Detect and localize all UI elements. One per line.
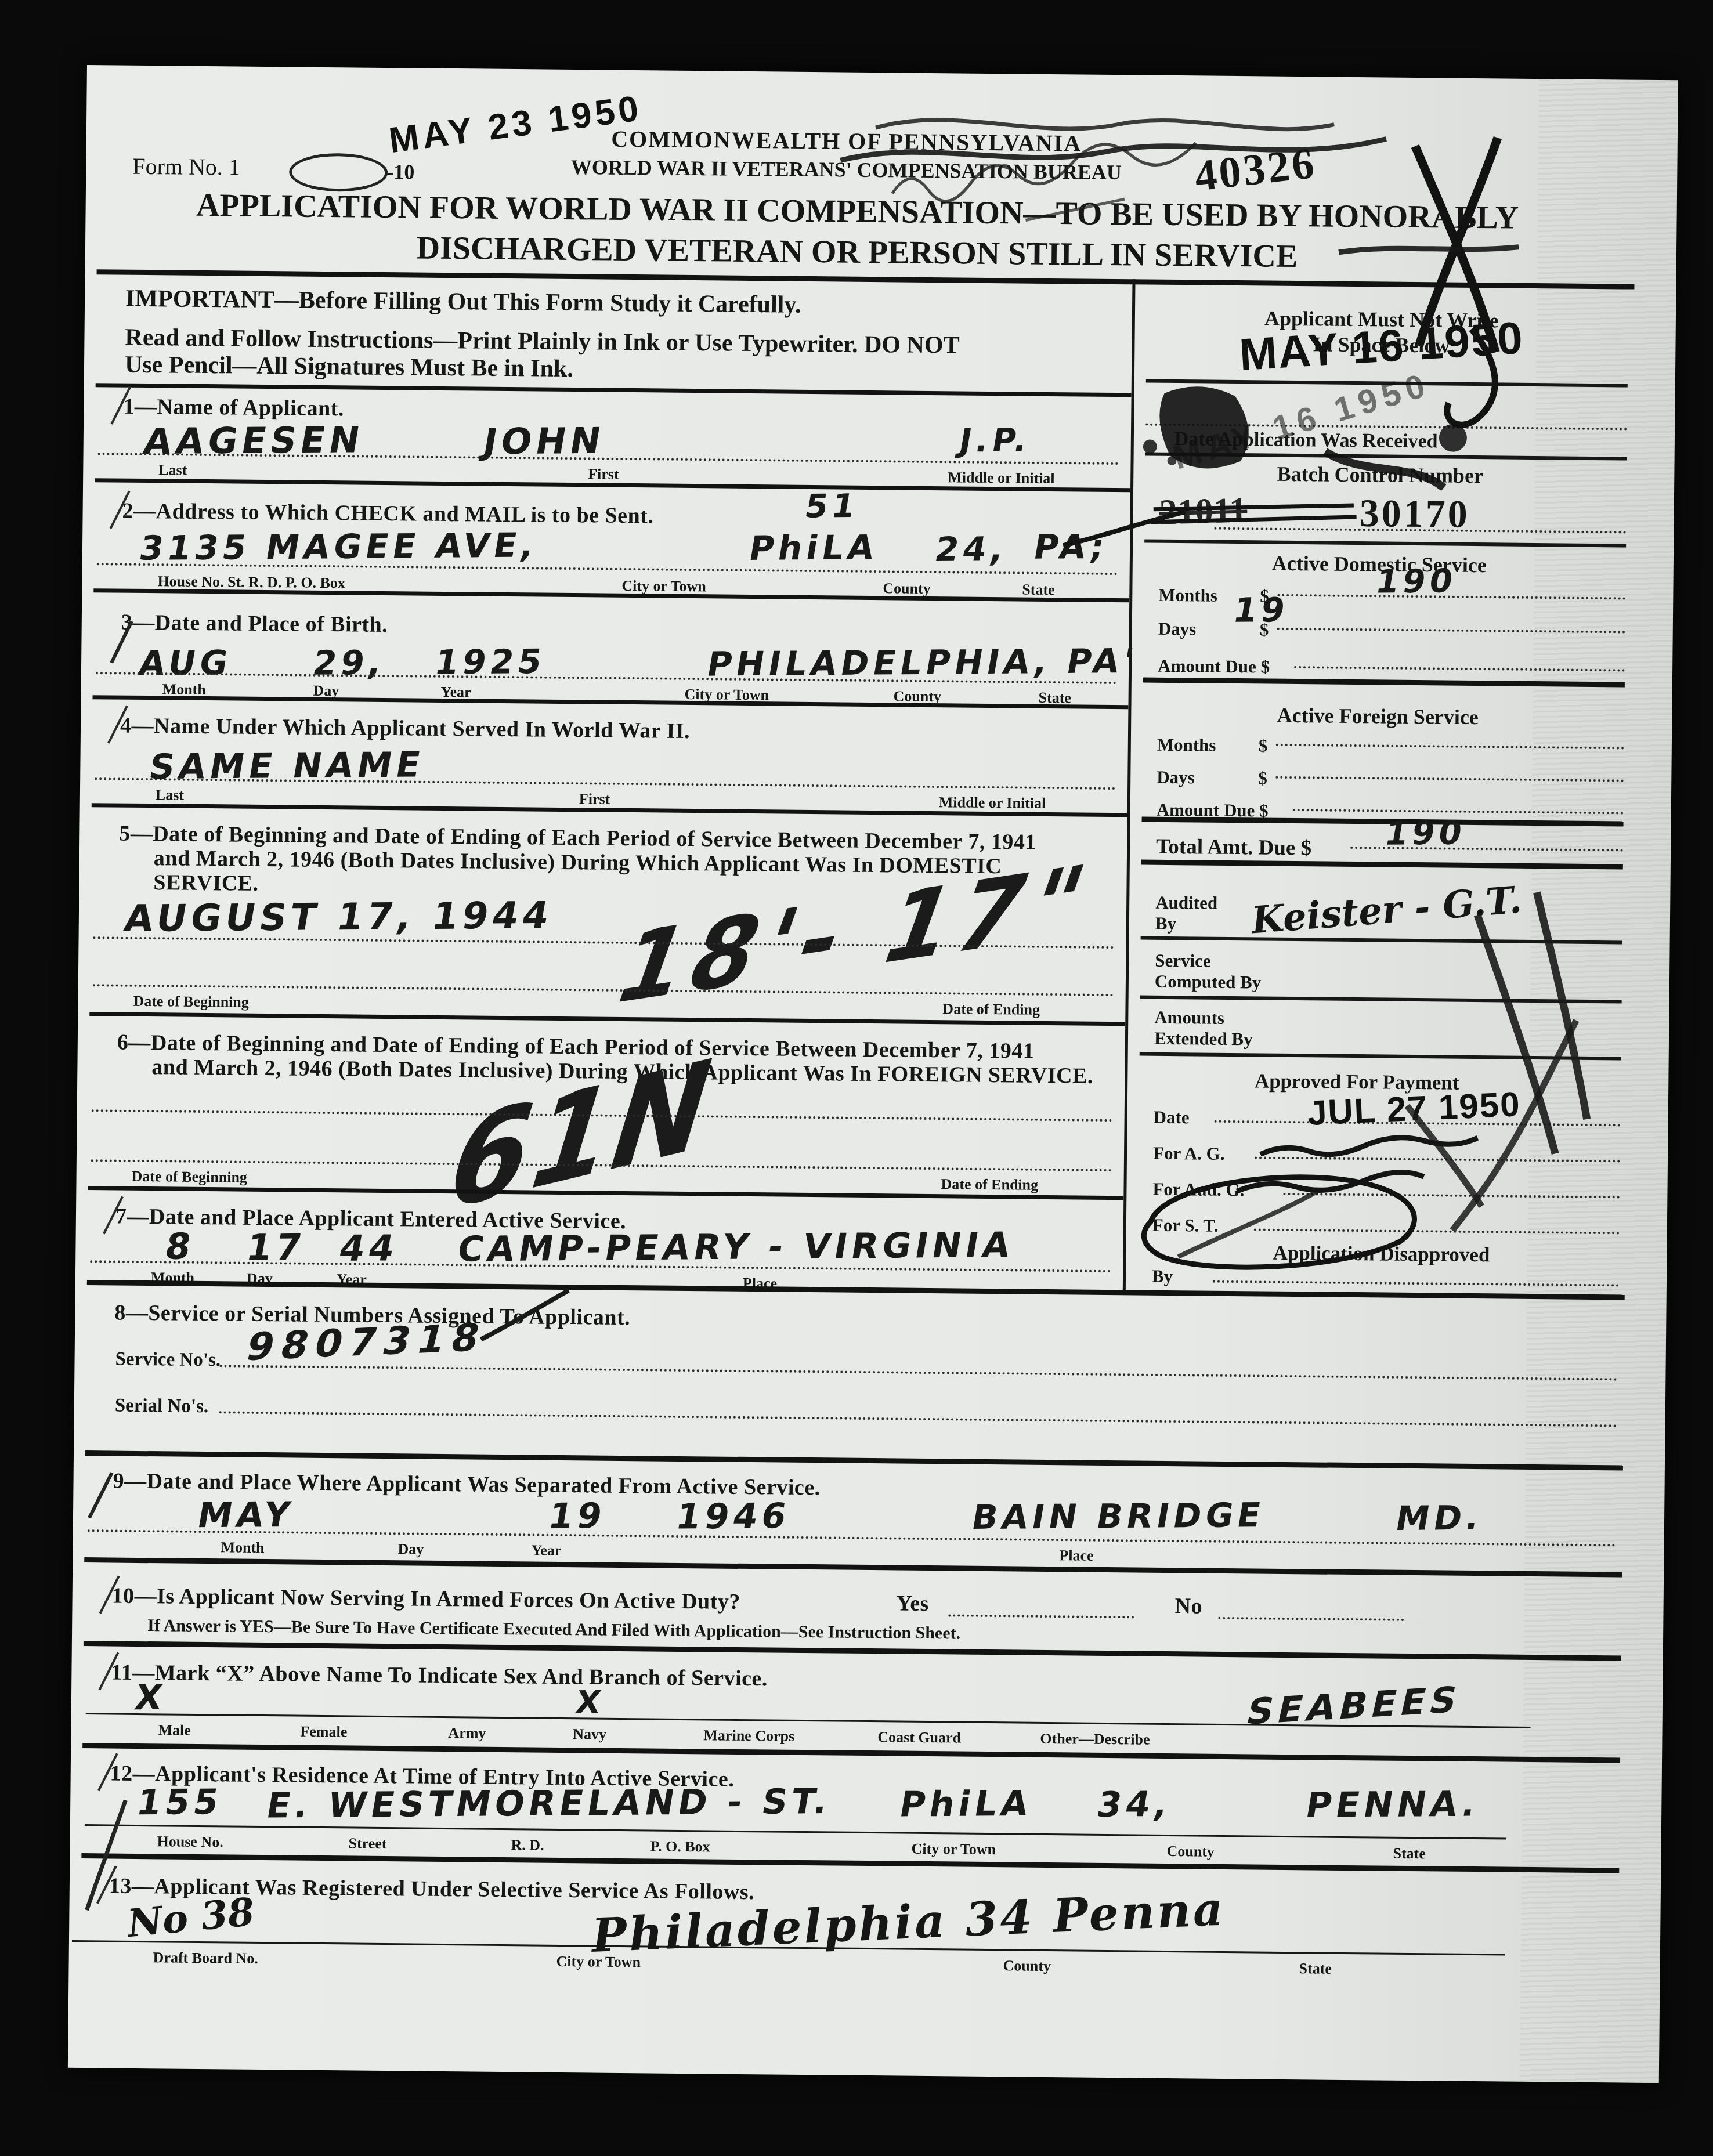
document-number: 40326 <box>1192 138 1318 202</box>
important-line1: IMPORTANT—Before Filling Out This Form S… <box>125 285 801 319</box>
domestic-days-line <box>1277 628 1625 634</box>
section10-subnote: If Answer is YES—Be Sure To Have Certifi… <box>147 1616 960 1643</box>
label-city: City or Town <box>621 577 706 595</box>
domestic-days-label: Days <box>1158 618 1197 640</box>
label-rd: R. D. <box>511 1836 544 1854</box>
for-st-label: For S. T. <box>1152 1215 1219 1236</box>
for-ag-label: For A. G. <box>1153 1143 1225 1164</box>
section9-line <box>88 1529 1617 1546</box>
section11-rule <box>82 1743 1620 1763</box>
audited-label-2: By <box>1155 913 1177 934</box>
label-month3: Month <box>221 1539 264 1557</box>
field-residence-county: 34, <box>1094 1784 1174 1825</box>
field-address-state: PA; <box>1031 527 1111 567</box>
domestic-days-dollar: $ <box>1260 619 1269 640</box>
label-first: First <box>588 465 619 483</box>
label-middle2: Middle or Initial <box>939 794 1046 812</box>
total-amount-label: Total Amt. Due $ <box>1156 834 1311 861</box>
label-house-no: House No. <box>157 1833 223 1851</box>
field-address: 3135 MAGEE AVE, <box>136 526 541 568</box>
field-address-note: 51 <box>802 487 862 526</box>
field-separated-day: 19 <box>545 1496 609 1537</box>
label-place2: Place <box>1059 1547 1093 1565</box>
label-county: County <box>883 580 931 598</box>
rp-line4 <box>1141 936 1622 944</box>
no-line <box>1218 1617 1404 1621</box>
foreign-months-label: Months <box>1157 735 1216 756</box>
service-no-line <box>219 1365 1618 1380</box>
domestic-amount-line <box>1294 666 1625 671</box>
label-draft-board-no: Draft Board No. <box>153 1949 259 1967</box>
section4-number: 4 <box>120 713 132 739</box>
approved-date-label: Date <box>1154 1107 1190 1128</box>
label-other-describe: Other—Describe <box>1040 1730 1150 1749</box>
section2-rule <box>93 588 1129 602</box>
rp-line6 <box>1140 1052 1621 1060</box>
rp-thick3 <box>1141 860 1623 870</box>
label-county4: County <box>1003 1957 1051 1975</box>
section2-number: 2 <box>122 498 133 524</box>
section13-number: 13 <box>109 1873 132 1899</box>
batch-control-label: Batch Control Number <box>1159 461 1600 489</box>
rp-line5 <box>1140 995 1622 1003</box>
rp-thick1 <box>1143 678 1625 688</box>
label-male: Male <box>158 1721 191 1739</box>
label-date-of-beginning2: Date of Beginning <box>131 1168 247 1186</box>
for-st-line <box>1254 1228 1620 1234</box>
by-line <box>1213 1280 1619 1287</box>
label-army: Army <box>448 1724 486 1742</box>
section2-title: 2—Address to Which CHECK and MAIL is to … <box>122 498 653 529</box>
bureau-heading: WORLD WAR II VETERANS' COMPENSATION BURE… <box>544 155 1148 185</box>
section5-title-line3: SERVICE. <box>153 870 259 896</box>
field-entered-place: CAMP-PEARY - VIRGINIA <box>454 1225 1017 1269</box>
mark-x-male: X <box>132 1677 169 1718</box>
section1-number: 1 <box>123 394 135 419</box>
section10-title: 10—Is Applicant Now Serving In Armed For… <box>111 1583 740 1615</box>
section11-number: 11 <box>111 1660 132 1685</box>
section4-title: 4—Name Under Which Applicant Served In W… <box>120 713 691 744</box>
field-separated-place: BAIN BRIDGE <box>969 1495 1268 1537</box>
section7-number: 7 <box>115 1204 127 1229</box>
application-disapproved-label: Application Disapproved <box>1178 1240 1584 1268</box>
label-state: State <box>1022 581 1055 599</box>
service-computed-1: Service <box>1155 950 1211 972</box>
section8-rule <box>85 1450 1623 1470</box>
label-yes: Yes <box>896 1591 929 1617</box>
mark-x-navy: X <box>573 1684 608 1720</box>
service-computed-2: Computed By <box>1155 971 1262 993</box>
domestic-months-label: Months <box>1158 585 1217 606</box>
section9-number: 9 <box>113 1469 124 1493</box>
label-last2: Last <box>156 786 184 804</box>
scanned-form-page: { "header": { "form_no": "Form No. 1", "… <box>0 0 1713 2156</box>
label-navy: Navy <box>573 1725 606 1743</box>
active-foreign-header: Active Foreign Service <box>1157 702 1598 730</box>
section10-number: 10 <box>111 1583 134 1609</box>
union-label-icon <box>289 153 388 192</box>
for-ag-line <box>1255 1156 1620 1162</box>
field-address-county: 24, <box>932 529 1011 569</box>
approved-date-stamp: JUL 27 1950 <box>1307 1084 1522 1133</box>
label-date-of-ending: Date of Ending <box>942 1000 1040 1019</box>
field-separated-month: MAY <box>194 1495 297 1536</box>
domestic-amount-label: Amount Due $ <box>1158 656 1270 678</box>
amounts-extended-1: Amounts <box>1154 1007 1224 1029</box>
serial-no-line <box>219 1411 1618 1427</box>
section5-number: 5 <box>119 822 131 846</box>
field-residence-state: PENNA. <box>1303 1784 1483 1826</box>
section12-rule <box>81 1853 1619 1873</box>
section9-rule <box>84 1557 1622 1577</box>
field-residence-house: 155 <box>133 1782 225 1823</box>
label-last: Last <box>158 461 187 479</box>
label-middle: Middle or Initial <box>948 469 1055 487</box>
important-line3: Use Pencil—All Signatures Must Be in Ink… <box>125 351 573 383</box>
foreign-days-dollar: $ <box>1258 768 1267 788</box>
label-female: Female <box>300 1723 347 1741</box>
field-name-middle: J.P. <box>956 422 1033 460</box>
label-year3: Year <box>531 1542 561 1559</box>
section3-rule <box>93 695 1129 709</box>
by-label: By <box>1152 1266 1173 1287</box>
for-aud-g-label: For Aud. G. <box>1152 1179 1244 1201</box>
label-po-box: P. O. Box <box>650 1837 710 1855</box>
foreign-months-dollar: $ <box>1259 735 1268 756</box>
for-aud-g-line <box>1283 1193 1620 1199</box>
section12-number: 12 <box>110 1761 133 1786</box>
field-residence-city: PhiLA <box>897 1784 1035 1825</box>
audited-signature: Keister - G.T. <box>1250 878 1523 943</box>
section3-number: 3 <box>121 610 133 635</box>
field-domestic-begin: AUGUST 17, 1944 <box>121 894 556 940</box>
rp-thick2 <box>1142 817 1624 827</box>
field-birth-month: AUG <box>136 643 235 683</box>
section1-title: 1—Name of Applicant. <box>123 394 344 422</box>
field-birth-place: PHILADELPHIA, PA' <box>704 641 1141 684</box>
foreign-days-label: Days <box>1157 767 1195 788</box>
amounts-extended-2: Extended By <box>1154 1028 1253 1050</box>
label-service-nos: Service No's. <box>115 1349 221 1372</box>
column-divider <box>1123 279 1136 1290</box>
section6-number: 6 <box>117 1030 129 1055</box>
section3-title: 3—Date and Place of Birth. <box>121 610 388 638</box>
field-separated-year: 1946 <box>673 1496 793 1537</box>
audited-label-1: Audited <box>1155 892 1217 914</box>
foreign-months-line <box>1276 744 1624 750</box>
form-number: Form No. 1 <box>132 153 240 181</box>
field-residence-street: E. WESTMORELAND - ST. <box>263 1781 835 1826</box>
label-date-of-beginning: Date of Beginning <box>133 993 249 1011</box>
label-date-of-ending2: Date of Ending <box>941 1175 1038 1194</box>
label-first2: First <box>579 790 610 808</box>
label-state3: State <box>1393 1845 1426 1863</box>
union-label-number: -10 <box>386 160 414 184</box>
label-no: No <box>1174 1593 1202 1619</box>
foreign-days-line <box>1275 776 1624 782</box>
date-received-label: Date Application Was Received <box>1174 428 1438 453</box>
label-county3: County <box>1166 1843 1215 1861</box>
section10-rule <box>84 1641 1621 1661</box>
yes-line <box>948 1614 1134 1618</box>
label-coast-guard: Coast Guard <box>877 1728 961 1746</box>
label-marine-corps: Marine Corps <box>703 1727 794 1745</box>
label-state4: State <box>1299 1960 1332 1978</box>
section12-line <box>85 1824 1506 1840</box>
section11-title: 11—Mark “X” Above Name To Indicate Sex A… <box>111 1660 768 1692</box>
label-serial-nos: Serial No's. <box>115 1395 209 1418</box>
commonwealth-heading: COMMONWEALTH OF PENNSYLVANIA <box>586 125 1108 157</box>
scanned-paper: Form No. 1 -10 MAY 23 1950 COMMONWEALTH … <box>68 65 1678 2083</box>
rp-line3 <box>1144 540 1626 548</box>
label-city3: City or Town <box>911 1840 996 1858</box>
field-address-city: PhiLA <box>746 527 881 568</box>
section8-number: 8 <box>114 1301 126 1325</box>
label-day3: Day <box>397 1540 424 1558</box>
foreign-amount-line <box>1293 809 1624 814</box>
field-separated-state: MD. <box>1393 1498 1486 1538</box>
label-street: Street <box>348 1835 386 1853</box>
label-city4: City or Town <box>556 1953 641 1971</box>
